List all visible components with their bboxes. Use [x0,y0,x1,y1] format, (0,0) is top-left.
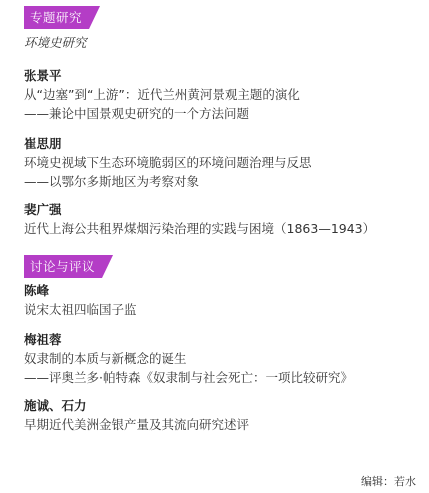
article-title[interactable]: 说宋太祖四临国子监 [24,300,137,319]
article-subtitle[interactable]: ——兼论中国景观史研究的一个方法问题 [24,104,300,123]
article-author: 施诚、石力 [24,396,249,415]
section-badge-discussion: 讨论与评议 [24,255,113,278]
article-entry[interactable]: 张景平 从“边塞”到“上游”：近代兰州黄河景观主题的演化 ——兼论中国景观史研究… [24,66,300,123]
article-entry[interactable]: 裴广强 近代上海公共租界煤烟污染治理的实践与困境（1863—1943） [24,200,375,238]
article-title[interactable]: 环境史视域下生态环境脆弱区的环境问题治理与反思 [24,153,312,172]
article-title[interactable]: 近代上海公共租界煤烟污染治理的实践与困境（1863—1943） [24,219,375,238]
article-entry[interactable]: 陈峰 说宋太祖四临国子监 [24,281,137,319]
article-author: 张景平 [24,66,300,85]
editor-credit: 编辑：若水 [361,473,416,489]
section-badge-special-research: 专题研究 [24,6,100,29]
article-author: 梅祖蓉 [24,330,353,349]
article-author: 裴广强 [24,200,375,219]
article-entry[interactable]: 崔思朋 环境史视域下生态环境脆弱区的环境问题治理与反思 ——以鄂尔多斯地区为考察… [24,134,312,191]
section-subtitle: 环境史研究 [24,33,87,51]
article-author: 陈峰 [24,281,137,300]
article-subtitle[interactable]: ——以鄂尔多斯地区为考察对象 [24,172,312,191]
article-subtitle[interactable]: ——评奥兰多·帕特森《奴隶制与社会死亡：一项比较研究》 [24,368,353,387]
article-title[interactable]: 奴隶制的本质与新概念的诞生 [24,349,353,368]
article-entry[interactable]: 施诚、石力 早期近代美洲金银产量及其流向研究述评 [24,396,249,434]
article-entry[interactable]: 梅祖蓉 奴隶制的本质与新概念的诞生 ——评奥兰多·帕特森《奴隶制与社会死亡：一项… [24,330,353,387]
article-title[interactable]: 从“边塞”到“上游”：近代兰州黄河景观主题的演化 [24,85,300,104]
article-author: 崔思朋 [24,134,312,153]
article-title[interactable]: 早期近代美洲金银产量及其流向研究述评 [24,415,249,434]
